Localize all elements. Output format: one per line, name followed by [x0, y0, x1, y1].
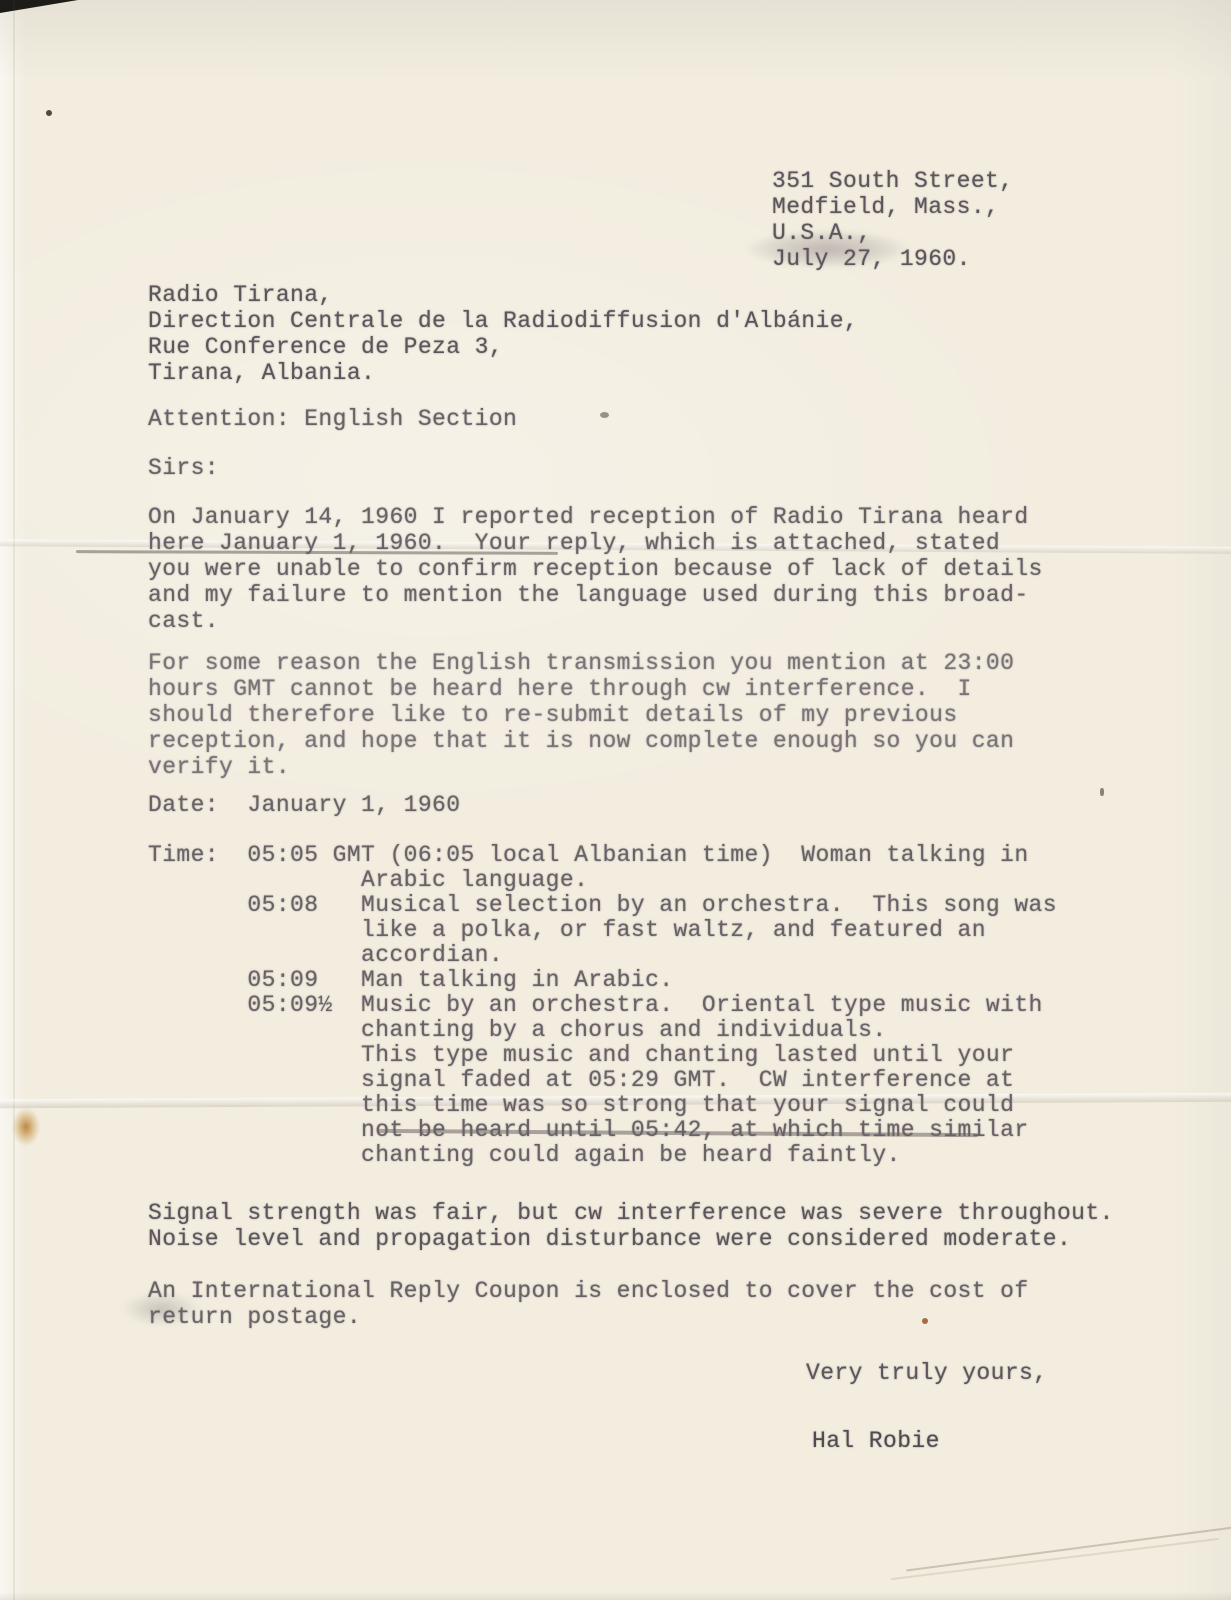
- attention-line: Attention: English Section: [148, 406, 517, 432]
- ink-speck-time-row: [1100, 788, 1104, 796]
- scan-corner-artifact: [0, 0, 78, 13]
- ink-speck-top-left: [46, 110, 52, 116]
- paragraph-reply-coupon: An International Reply Coupon is enclose…: [148, 1278, 1029, 1330]
- ink-speck-mid: [600, 412, 609, 418]
- bottom-edge-shadow: [0, 1592, 1231, 1600]
- reception-time-log: Time: 05:05 GMT (06:05 local Albanian ti…: [148, 843, 1057, 1168]
- paragraph-first-report: On January 14, 1960 I reported reception…: [148, 504, 1043, 634]
- bottom-right-crease-echo: [891, 1538, 1219, 1580]
- recipient-address-block: Radio Tirana, Direction Centrale de la R…: [148, 282, 858, 386]
- salutation: Sirs:: [148, 455, 219, 481]
- sender-address-block: 351 South Street, Medfield, Mass., U.S.A…: [772, 168, 1013, 272]
- paragraph-resubmit: For some reason the English transmission…: [148, 650, 1014, 780]
- signature-name: Hal Robie: [812, 1428, 940, 1454]
- left-fold-edge: [13, 0, 15, 1600]
- bottom-right-crease: [906, 1526, 1231, 1571]
- rust-stain: [12, 1108, 40, 1146]
- scanned-letter-page: 351 South Street, Medfield, Mass., U.S.A…: [0, 0, 1231, 1600]
- paragraph-signal-strength: Signal strength was fair, but cw interfe…: [148, 1200, 1114, 1252]
- closing-line: Very truly yours,: [806, 1360, 1047, 1386]
- report-date-line: Date: January 1, 1960: [148, 792, 460, 818]
